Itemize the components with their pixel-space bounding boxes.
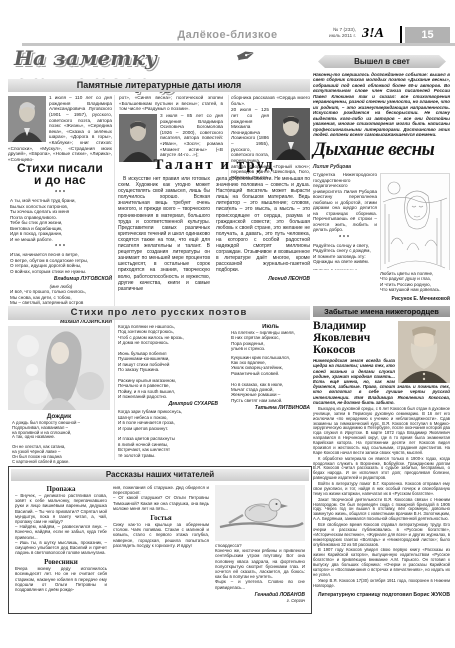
issue-info: № 7 (233), июль 2011 г. bbox=[298, 28, 356, 40]
summer-mid-signature: Дмитрий СУХАРЕВ bbox=[118, 401, 218, 407]
date-entry-text: сборника рассказов «Сердца моего боль». bbox=[231, 95, 310, 106]
column-rule bbox=[114, 95, 115, 460]
poem-signature: Владимир ЛУГОВСКОЙ bbox=[10, 276, 112, 282]
talent-heading: Талант и труд bbox=[118, 157, 310, 174]
spring-drawing-image bbox=[381, 174, 449, 270]
stanza-separator: *** bbox=[10, 190, 112, 196]
page-footer-credit: Литературную страницу подготовил Борис Ж… bbox=[313, 592, 450, 598]
poem-lugovskoy-2: Итак, начинается песня о ветре, О ветре,… bbox=[10, 252, 112, 274]
kokosov-paragraph: Умер В.Я. Кокосов 17(30) октября 1911 го… bbox=[313, 579, 450, 588]
spring-article: Студентка Нижегородского государственног… bbox=[313, 172, 450, 270]
summer-poem-mid-1: Когда полянки не нашлось, Под зонтиком п… bbox=[118, 324, 218, 399]
drawing-spring-woman bbox=[380, 173, 450, 270]
summer-poems-heading-bar: Стихи про лето русских поэтов bbox=[8, 306, 310, 320]
photo-bogomolov bbox=[119, 114, 157, 162]
published-ribbon: Вышел в свет bbox=[318, 55, 446, 68]
dates-subtitle-bar: Памятные литературные даты июля bbox=[8, 79, 310, 92]
kokosov-body: Выходец из духовной среды, с 6 лет Кокос… bbox=[313, 407, 450, 588]
drawing-caption-poem: Любить цветы на поляне, Что радуют душу … bbox=[380, 271, 450, 293]
portrait-kokosov-image bbox=[398, 321, 450, 383]
rain-poem: А дождь был попросту смешной – Подпрыгив… bbox=[12, 421, 110, 464]
photo-girl-flowers bbox=[8, 326, 110, 410]
talent-signature: Леонид ЛЕОНОВ bbox=[216, 276, 310, 282]
summer-poem-mid-2: Когда зари губами прикоснусь, Шагнут неб… bbox=[118, 409, 218, 458]
kokosov-paragraph: Выходец из духовной среды, с 6 лет Кокос… bbox=[313, 407, 450, 456]
readers-col-1: Пропажа – Внучек, – деликатно растягивая… bbox=[15, 485, 107, 609]
story-propazha: – Внучек, – деликатно растягивая слова, … bbox=[15, 493, 107, 555]
readers-signature-place: г. Сергач bbox=[215, 598, 305, 603]
date-entry-lugovskoy: 1 июля – 110 лет со дня рождения Владими… bbox=[8, 95, 112, 163]
portrait-lozinsky-image bbox=[272, 108, 310, 160]
story-title-gostya: Гостья bbox=[113, 514, 209, 522]
spring-author: Лилия Рубцова bbox=[313, 164, 383, 170]
summer-mid-column: Когда полянки не нашлось, Под зонтиком п… bbox=[118, 324, 218, 462]
header-divider bbox=[400, 26, 402, 44]
girl-flowers-image bbox=[8, 326, 110, 410]
published-intro: Наконец-то свершилось долгожданное событ… bbox=[313, 72, 450, 136]
readers-stories-box: Рассказы наших читателей Пропажа – Внуче… bbox=[8, 466, 312, 614]
old-poems-heading: Стихи писали и до нас bbox=[8, 162, 112, 186]
photo-kokosov bbox=[398, 321, 450, 383]
kokosov-paragraph: Войти в литературу помог В.Г. Короленко.… bbox=[313, 482, 450, 497]
story-title-rovesniki: Ровесники bbox=[15, 558, 107, 566]
story-rovesniki-cont: ния, пожелания об старушке. Дед обиделся… bbox=[113, 485, 209, 511]
drawing-credit: Рисунок Е. Мечниковой bbox=[360, 296, 450, 302]
page-number: 15 bbox=[405, 27, 450, 43]
photo-bird bbox=[215, 485, 305, 541]
stanza-separator: *** bbox=[10, 244, 112, 250]
july-poem-2: Кукушкин крик послышался, Как эхо вдалек… bbox=[231, 355, 310, 404]
bird-image bbox=[215, 485, 305, 541]
photo-lugovskoy bbox=[8, 96, 46, 142]
portrait-lugovskoy-image bbox=[8, 96, 46, 142]
story-rovesniki: Вчера моему деду исполнилось восемьдесят… bbox=[15, 566, 107, 592]
kokosov-article: Владимир Яковлевич Кокосов Нижегородская… bbox=[313, 320, 450, 588]
newspaper-logo: З!А bbox=[362, 26, 384, 42]
photo-lozinsky bbox=[272, 108, 310, 160]
kokosov-paragraph: Закат творческой деятельности В.Я. Кокос… bbox=[313, 498, 450, 522]
talent-col1: В искусстве нет правил или готовых схем.… bbox=[118, 176, 210, 302]
date-entry-text: 3 июля – 85 лет со дня рождения Владимир… bbox=[160, 113, 223, 157]
story-gostya: Сижу как-то на крыльце за обеденным стол… bbox=[113, 522, 209, 548]
kokosov-paragraph: Всё свободное время Кокосов отдавал лите… bbox=[313, 523, 450, 547]
newspaper-page: Далёкое-близкое № 7 (233), июль 2011 г. … bbox=[0, 0, 455, 648]
portrait-bogomolov-image bbox=[119, 114, 157, 162]
old-poems-block: *** А ты, мой честный труд брани, Былых … bbox=[10, 188, 112, 325]
date-entry-text: рот», «Синяя весна»; поэтической эпопеи … bbox=[119, 95, 223, 112]
readers-col-3: стюардесса? Конечно же, кисточки рябины … bbox=[215, 485, 305, 609]
summer-right-column: Июль На плетнях – гирлянды хмеля, В них … bbox=[231, 324, 310, 462]
talent-col2-wrap: дела добросовестности. Не меньшая по зна… bbox=[216, 176, 310, 302]
story-title-propazha: Пропажа bbox=[15, 485, 107, 493]
date-entry-bogomolov: рот», «Синяя весна»; поэтической эпопеи … bbox=[119, 95, 223, 163]
forgotten-names-bar: Забытые имена нижегородцев bbox=[313, 306, 450, 317]
talent-col2: дела добросовестности. Не меньшая по зна… bbox=[216, 176, 310, 274]
kokosov-paragraph: К обработке материала он явился только в… bbox=[313, 457, 450, 481]
readers-box-title-bar: Рассказы наших читателей bbox=[11, 469, 309, 481]
rain-poem-title: Дождик bbox=[8, 413, 110, 420]
poem-lugovskoy-1: А ты, мой честный труд брани, Былых холо… bbox=[10, 198, 112, 242]
story-gostya-cont: стюардесса? Конечно же, кисточки рябины … bbox=[215, 543, 305, 590]
spring-title: Дыхание весны bbox=[313, 139, 453, 161]
july-poem-1: На плетнях – гирлянды хмеля, В них спрят… bbox=[231, 330, 310, 352]
readers-col-2: ния, пожелания об старушке. Дед обиделся… bbox=[113, 485, 209, 609]
july-signature: Татьяна ЛИТВИНОВА bbox=[231, 405, 310, 411]
kokosov-paragraph: В 1907 году Кокосов увидел свою первую к… bbox=[313, 548, 450, 577]
